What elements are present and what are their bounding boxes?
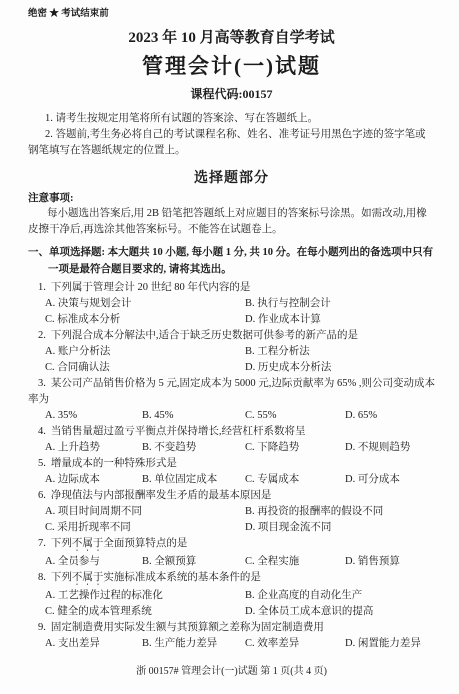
option-D: D. 65% xyxy=(345,408,435,424)
options-row: A. 项目时间周期不同B. 再投资的报酬率的假设不同 xyxy=(45,504,435,520)
question-number: 6. xyxy=(38,490,46,501)
options-row: A. 支出差异B. 生产能力差异C. 效率差异D. 闲置能力差异 xyxy=(45,636,435,652)
option-B: B. 不变趋势 xyxy=(142,440,245,456)
option-C: C. 健全的成本管理系统 xyxy=(45,604,245,620)
question-stem: 7.下列不属于全面预算特点的是 xyxy=(28,536,435,554)
part-title: 一、单项选择题: 本大题共 10 小题, 每小题 1 分, 共 10 分。在每小… xyxy=(48,245,435,278)
option-D: D. 不规则趋势 xyxy=(345,440,435,456)
option-D: D. 可分成本 xyxy=(345,472,435,488)
options-row: A. 决策与规划会计B. 执行与控制会计 xyxy=(45,296,435,312)
option-D: D. 历史成本分析法 xyxy=(245,360,435,376)
option-A: A. 工艺操作过程的标准化 xyxy=(45,588,245,604)
question-number: 1. xyxy=(38,282,46,293)
option-A: A. 上升趋势 xyxy=(45,440,142,456)
options-row: C. 健全的成本管理系统D. 全体员工成本意识的提高 xyxy=(45,604,435,620)
options-row: A. 账户分析法B. 工程分析法 xyxy=(45,344,435,360)
question-number: 8. xyxy=(38,572,46,583)
question-3: 3.某公司产品销售价格为 5 元,固定成本为 5000 元,边际贡献率为 65%… xyxy=(28,376,435,424)
section-title: 选择题部分 xyxy=(28,167,435,187)
options-row: A. 35%B. 45%C. 55%D. 65% xyxy=(45,408,435,424)
option-D: D. 作业成本计算 xyxy=(245,312,435,328)
option-B: B. 再投资的报酬率的假设不同 xyxy=(245,504,435,520)
question-stem: 8.下列不属于实施标准成本系统的基本条件的是 xyxy=(28,570,435,588)
option-A: A. 项目时间周期不同 xyxy=(45,504,245,520)
instruction-1: 1. 请考生按规定用笔将所有试题的答案涂、写在答题纸上。 xyxy=(28,111,435,127)
option-A: A. 35% xyxy=(45,408,142,424)
option-A: A. 支出差异 xyxy=(45,636,142,652)
emphasized-text: 不属于 xyxy=(72,572,104,583)
option-C: C. 55% xyxy=(245,408,345,424)
emphasized-text: 不属于 xyxy=(72,538,104,549)
questions-list: 1.下列属于管理会计 20 世纪 80 年代内容的是A. 决策与规划会计B. 执… xyxy=(28,280,435,652)
option-B: B. 企业高度的自动化生产 xyxy=(245,588,435,604)
exam-session-title: 2023 年 10 月高等教育自学考试 xyxy=(28,26,435,47)
option-C: C. 标准成本分析 xyxy=(45,312,245,328)
question-number: 5. xyxy=(38,458,46,469)
option-B: B. 单位固定成本 xyxy=(142,472,245,488)
question-number: 7. xyxy=(38,538,46,549)
question-stem: 2.下列混合成本分解法中,适合于缺乏历史数据可供参考的新产品的是 xyxy=(28,328,435,344)
options-row: C. 合同确认法D. 历史成本分析法 xyxy=(45,360,435,376)
question-4: 4.当销售量超过盈亏平衡点并保持增长,经营杠杆系数将呈A. 上升趋势B. 不变趋… xyxy=(28,424,435,456)
option-B: B. 工程分析法 xyxy=(245,344,435,360)
options-row: A. 全员参与B. 全额预算C. 全程实施D. 销售预算 xyxy=(45,554,435,570)
question-6: 6.净现值法与内部报酬率发生矛盾的最基本原因是A. 项目时间周期不同B. 再投资… xyxy=(28,488,435,536)
question-5: 5.增量成本的一种特殊形式是A. 边际成本B. 单位固定成本C. 专属成本D. … xyxy=(28,456,435,488)
option-C: C. 合同确认法 xyxy=(45,360,245,376)
page-footer: 浙 00157# 管理会计(一)试题 第 1 页(共 4 页) xyxy=(28,662,435,677)
options-row: A. 上升趋势B. 不变趋势C. 下降趋势D. 不规则趋势 xyxy=(45,440,435,456)
question-8: 8.下列不属于实施标准成本系统的基本条件的是A. 工艺操作过程的标准化B. 企业… xyxy=(28,570,435,620)
options-row: C. 采用折现率不同D. 项目现金流不同 xyxy=(45,520,435,536)
question-9: 9.固定制造费用实际发生额与其预算额之差称为固定制造费用A. 支出差异B. 生产… xyxy=(28,620,435,652)
question-1: 1.下列属于管理会计 20 世纪 80 年代内容的是A. 决策与规划会计B. 执… xyxy=(28,280,435,328)
question-stem: 4.当销售量超过盈亏平衡点并保持增长,经营杠杆系数将呈 xyxy=(28,424,435,440)
option-C: C. 专属成本 xyxy=(245,472,345,488)
classification-label: 绝密 ★ 考试结束前 xyxy=(28,5,435,19)
option-C: C. 效率差异 xyxy=(245,636,345,652)
course-code: 课程代码:00157 xyxy=(28,85,435,102)
option-A: A. 账户分析法 xyxy=(45,344,245,360)
instruction-2: 2. 答题前,考生务必将自己的考试课程名称、姓名、准考证号用黑色字迹的签字笔或钢… xyxy=(28,127,435,159)
option-B: B. 45% xyxy=(142,408,245,424)
question-stem: 9.固定制造费用实际发生额与其预算额之差称为固定制造费用 xyxy=(28,620,435,636)
notice-label: 注意事项: xyxy=(28,190,435,205)
page-title: 管理会计(一)试题 xyxy=(28,50,435,80)
option-A: A. 全员参与 xyxy=(45,554,142,570)
option-B: B. 全额预算 xyxy=(142,554,245,570)
notice-text: 每小题选出答案后,用 2B 铅笔把答题纸上对应题目的答案标号涂黑。如需改动,用橡… xyxy=(28,206,435,238)
option-A: A. 边际成本 xyxy=(45,472,142,488)
option-A: A. 决策与规划会计 xyxy=(45,296,245,312)
question-number: 9. xyxy=(38,622,46,633)
option-B: B. 生产能力差异 xyxy=(142,636,245,652)
question-number: 4. xyxy=(38,426,46,437)
question-number: 3. xyxy=(38,378,46,389)
question-stem: 6.净现值法与内部报酬率发生矛盾的最基本原因是 xyxy=(28,488,435,504)
options-row: A. 边际成本B. 单位固定成本C. 专属成本D. 可分成本 xyxy=(45,472,435,488)
option-D: D. 全体员工成本意识的提高 xyxy=(245,604,435,620)
option-C: C. 全程实施 xyxy=(245,554,345,570)
question-stem: 3.某公司产品销售价格为 5 元,固定成本为 5000 元,边际贡献率为 65%… xyxy=(28,376,435,408)
question-number: 2. xyxy=(38,330,46,341)
exam-paper-page: 绝密 ★ 考试结束前 2023 年 10 月高等教育自学考试 管理会计(一)试题… xyxy=(0,0,459,694)
question-7: 7.下列不属于全面预算特点的是A. 全员参与B. 全额预算C. 全程实施D. 销… xyxy=(28,536,435,570)
option-D: D. 销售预算 xyxy=(345,554,435,570)
options-row: C. 标准成本分析D. 作业成本计算 xyxy=(45,312,435,328)
question-2: 2.下列混合成本分解法中,适合于缺乏历史数据可供参考的新产品的是A. 账户分析法… xyxy=(28,328,435,376)
question-stem: 5.增量成本的一种特殊形式是 xyxy=(28,456,435,472)
option-D: D. 项目现金流不同 xyxy=(245,520,435,536)
question-stem: 1.下列属于管理会计 20 世纪 80 年代内容的是 xyxy=(28,280,435,296)
option-C: C. 采用折现率不同 xyxy=(45,520,245,536)
option-D: D. 闲置能力差异 xyxy=(345,636,435,652)
options-row: A. 工艺操作过程的标准化B. 企业高度的自动化生产 xyxy=(45,588,435,604)
option-C: C. 下降趋势 xyxy=(245,440,345,456)
option-B: B. 执行与控制会计 xyxy=(245,296,435,312)
